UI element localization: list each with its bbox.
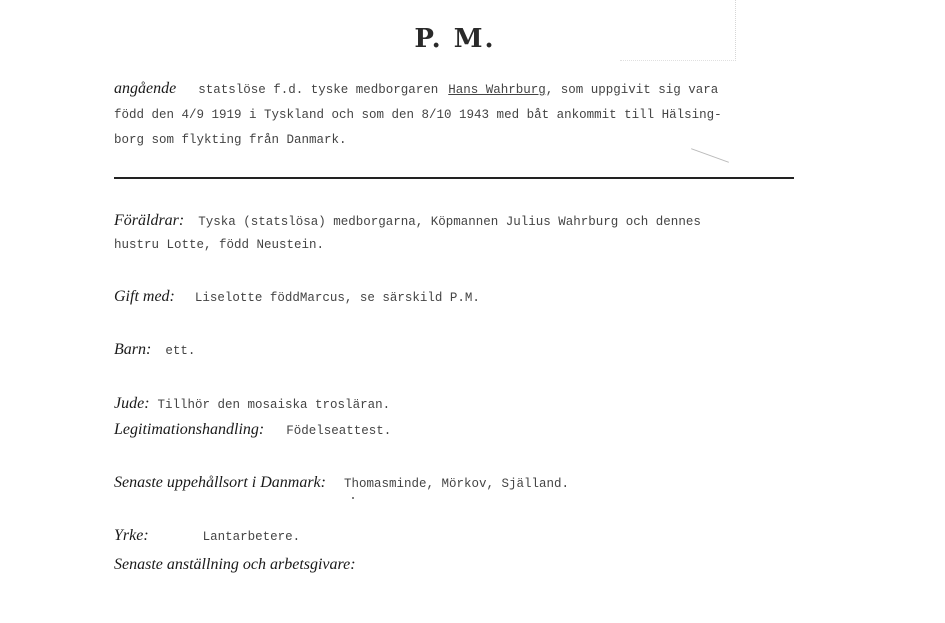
field-last-employment: Senaste anställning och arbetsgivare: xyxy=(114,556,366,574)
pencil-mark xyxy=(691,148,729,163)
field-identification: Legitimationshandling: Födelseattest. xyxy=(114,421,391,439)
field-label: Jude: xyxy=(114,395,150,412)
field-value: Thomasminde, Mörkov, Själland. xyxy=(344,477,569,491)
field-label: Gift med: xyxy=(114,288,175,305)
field-jewish: Jude: Tillhör den mosaiska trosläran. xyxy=(114,395,390,413)
field-label: Senaste uppehållsort i Danmark: xyxy=(114,474,326,491)
field-value: Födelseattest. xyxy=(286,424,391,438)
field-children: Barn: ett. xyxy=(114,341,195,359)
field-last-residence: Senaste uppehållsort i Danmark: Thomasmi… xyxy=(114,474,569,492)
header-line-2: född den 4/9 1919 i Tyskland och som den… xyxy=(114,108,722,122)
field-value: Tillhör den mosaiska trosläran. xyxy=(158,398,391,412)
field-parents-cont: hustru Lotte, född Neustein. xyxy=(114,238,324,252)
subject-name: Hans Wahrburg xyxy=(448,83,546,97)
field-value: Lantarbetere. xyxy=(203,530,301,544)
field-value: Liselotte föddMarcus, se särskild P.M. xyxy=(195,291,480,305)
field-occupation: Yrke: Lantarbetere. xyxy=(114,527,300,545)
field-label: Legitimationshandling: xyxy=(114,421,264,438)
header-line-3: borg som flykting från Danmark. xyxy=(114,133,347,147)
field-label: Föräldrar: xyxy=(114,212,184,229)
header-tail: , som uppgivit sig vara xyxy=(546,83,719,97)
field-label: Yrke: xyxy=(114,527,149,544)
field-value: Tyska (statslösa) medborgarna, Köpmannen… xyxy=(198,215,701,229)
field-label: Senaste anställning och arbetsgivare: xyxy=(114,556,356,573)
document-title: P. M. xyxy=(0,24,910,54)
header-label: angående xyxy=(114,80,176,97)
field-label: Barn: xyxy=(114,341,151,358)
header-text: statslöse f.d. tyske medborgaren xyxy=(198,83,438,97)
separator-rule xyxy=(114,177,794,179)
header-line-1: angående statslöse f.d. tyske medborgare… xyxy=(114,80,718,98)
field-value: ett. xyxy=(165,344,195,358)
ink-speck xyxy=(352,497,354,499)
field-married-to: Gift med: Liselotte föddMarcus, se särsk… xyxy=(114,288,480,306)
field-parents: Föräldrar: Tyska (statslösa) medborgarna… xyxy=(114,212,701,230)
